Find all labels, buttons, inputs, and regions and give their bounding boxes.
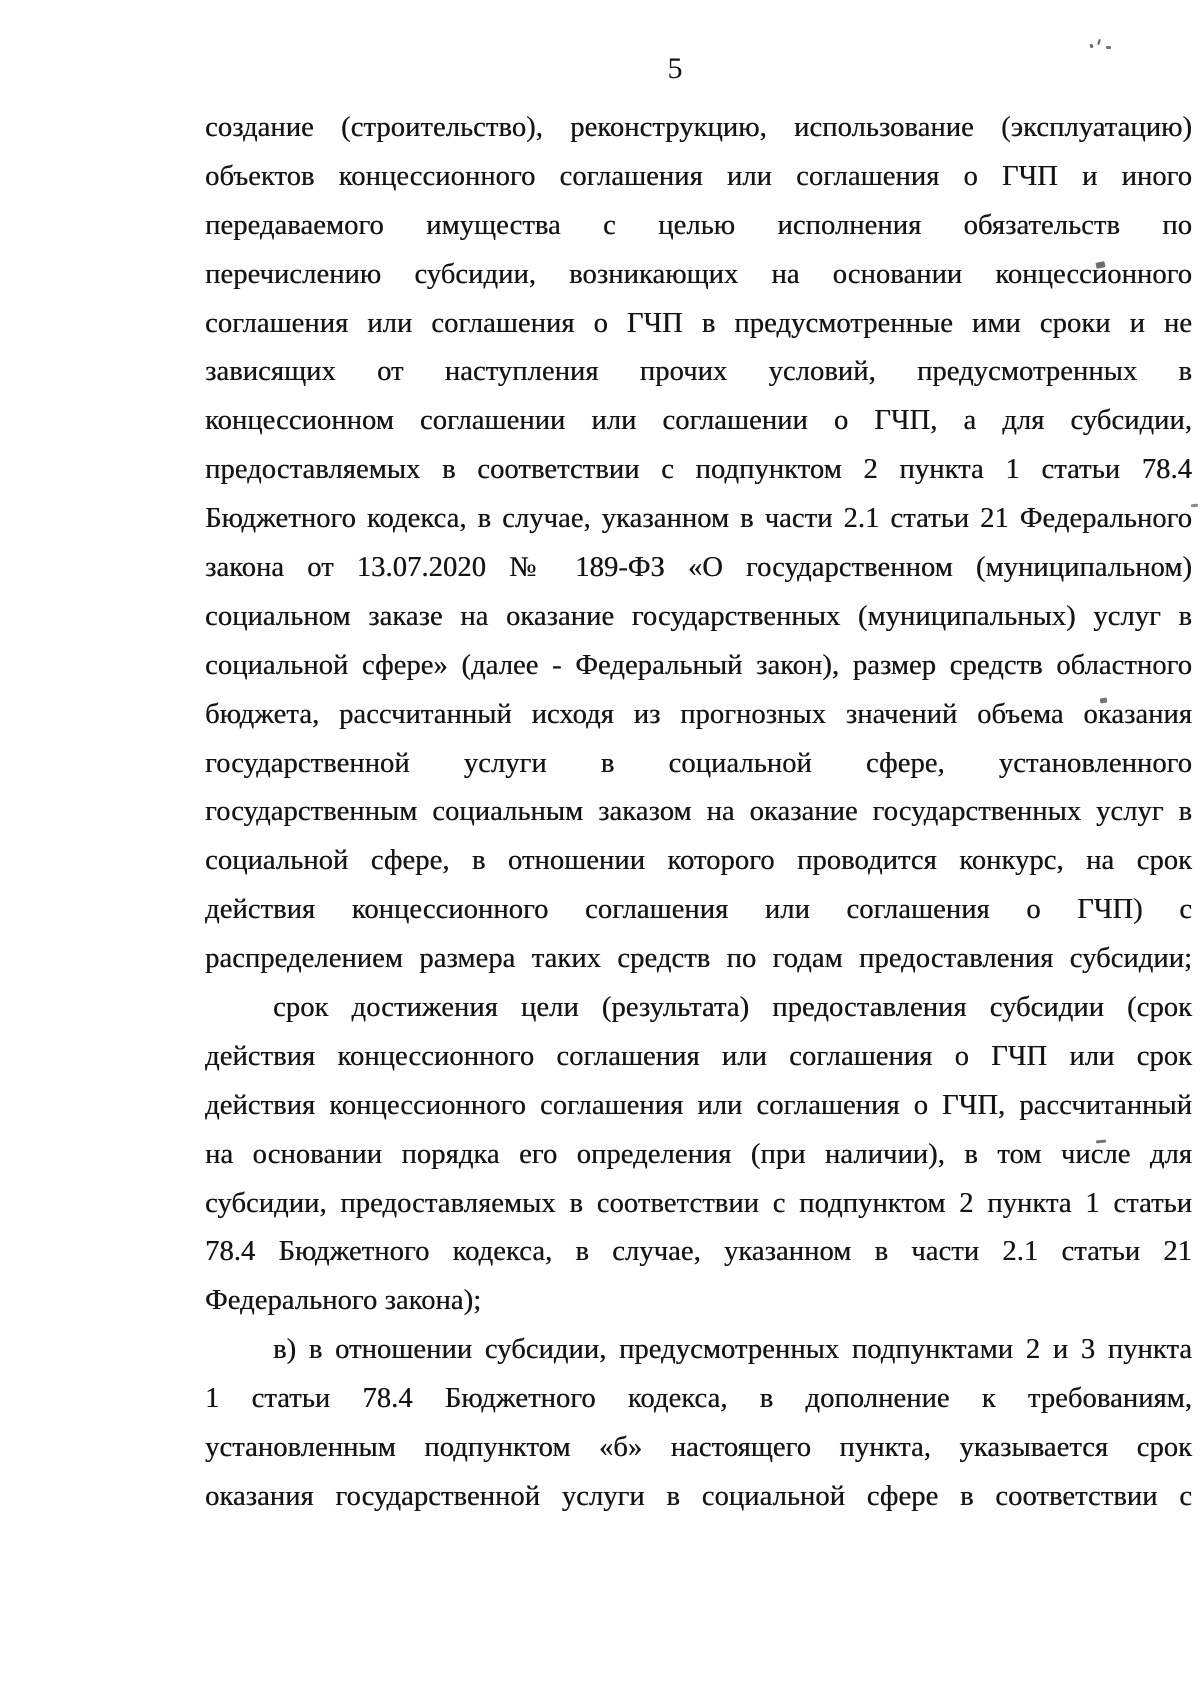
text-line: предоставляемых в соответствии с подпунк… bbox=[205, 446, 1192, 495]
text-line: создание (строительство), реконструкцию,… bbox=[205, 104, 1192, 153]
text-line: социальной сфере, в отношении которого п… bbox=[205, 837, 1192, 886]
text-line: субсидии, предоставляемых в соответствии… bbox=[205, 1180, 1192, 1229]
text-line: государственным социальным заказом на ок… bbox=[205, 788, 1192, 837]
text-line: 78.4 Бюджетного кодекса, в случае, указа… bbox=[205, 1228, 1192, 1277]
document-page: 5 создание (строительство), реконструкци… bbox=[0, 0, 1200, 1706]
text-line: в) в отношении субсидии, предусмотренных… bbox=[205, 1326, 1192, 1375]
text-line: действия концессионного соглашения или с… bbox=[205, 1082, 1192, 1131]
text-line: действия концессионного соглашения или с… bbox=[205, 1033, 1192, 1082]
text-line: бюджета, рассчитанный исходя из прогнозн… bbox=[205, 691, 1192, 740]
text-line: установленным подпунктом «б» настоящего … bbox=[205, 1424, 1192, 1473]
text-line: Федерального закона); bbox=[205, 1277, 1192, 1326]
scan-speck bbox=[1100, 698, 1108, 704]
scan-speck bbox=[1106, 46, 1111, 49]
text-line: социальном заказе на оказание государств… bbox=[205, 593, 1192, 642]
text-line: действия концессионного соглашения или с… bbox=[205, 886, 1192, 935]
document-body: создание (строительство), реконструкцию,… bbox=[205, 104, 1192, 1522]
text-line: 1 статьи 78.4 Бюджетного кодекса, в допо… bbox=[205, 1375, 1192, 1424]
text-line: соглашения или соглашения о ГЧП в предус… bbox=[205, 300, 1192, 349]
text-line: оказания государственной услуги в социал… bbox=[205, 1473, 1192, 1522]
text-line: перечислению субсидии, возникающих на ос… bbox=[205, 251, 1192, 300]
scan-speck bbox=[1089, 44, 1093, 49]
text-line: на основании порядка его определения (пр… bbox=[205, 1131, 1192, 1180]
scan-speck bbox=[1097, 39, 1101, 45]
text-line: срок достижения цели (результата) предос… bbox=[205, 984, 1192, 1033]
text-line: закона от 13.07.2020 № 189-ФЗ «О государ… bbox=[205, 544, 1192, 593]
scan-speck bbox=[1191, 504, 1198, 508]
text-line: Бюджетного кодекса, в случае, указанном … bbox=[205, 495, 1192, 544]
text-line: концессионном соглашении или соглашении … bbox=[205, 397, 1192, 446]
text-line: зависящих от наступления прочих условий,… bbox=[205, 348, 1192, 397]
text-line: государственной услуги в социальной сфер… bbox=[205, 740, 1192, 789]
text-line: объектов концессионного соглашения или с… bbox=[205, 153, 1192, 202]
page-number: 5 bbox=[645, 54, 705, 84]
text-line: передаваемого имущества с целью исполнен… bbox=[205, 202, 1192, 251]
text-line: распределением размера таких средств по … bbox=[205, 935, 1192, 984]
text-line: социальной сфере» (далее - Федеральный з… bbox=[205, 642, 1192, 691]
